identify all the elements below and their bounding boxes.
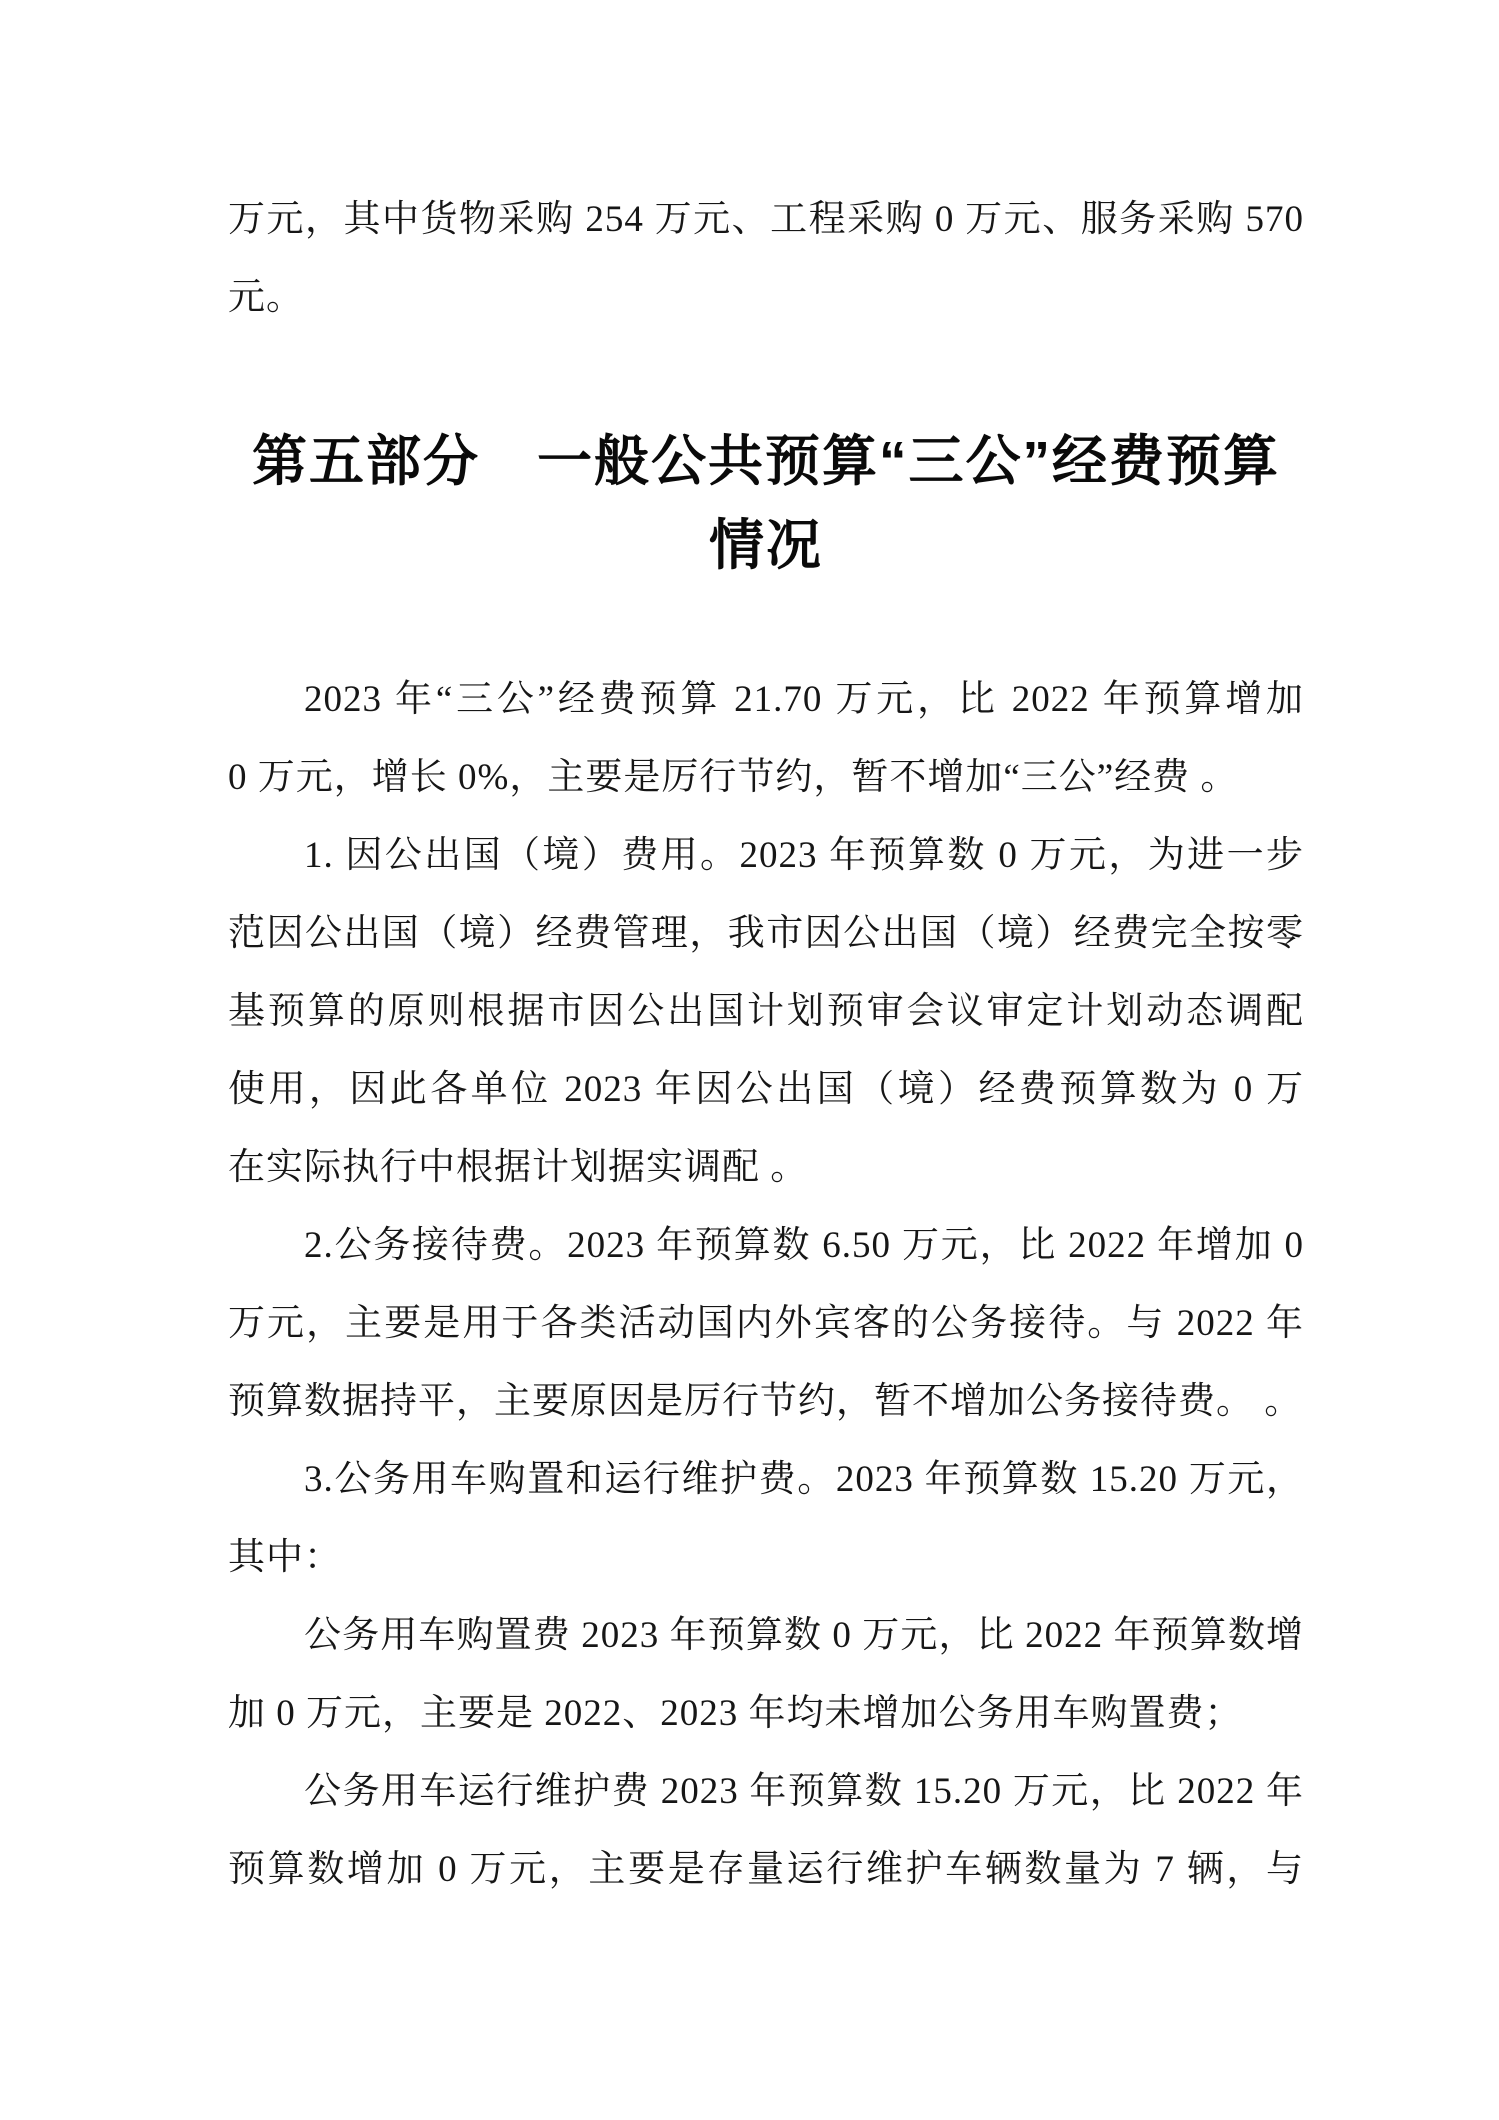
section-heading: 第五部分 一般公共预算“三公”经费预算 情况 <box>228 419 1304 587</box>
vehicle-purchase-line-2: 加 0 万元，主要是 2022、2023 年均未增加公务用车购置费； <box>228 1675 1304 1753</box>
reception-line-2: 万元，主要是用于各类活动国内外宾客的公务接待。与 2022 年 <box>228 1285 1304 1363</box>
vehicle-intro-line-1: 3.公务用车购置和运行维护费。2023 年预算数 15.20 万元， <box>228 1441 1304 1519</box>
reception-line-3: 预算数据持平，主要原因是厉行节约，暂不增加公务接待费。 。 <box>228 1363 1304 1441</box>
document-page: 万元，其中货物采购 254 万元、工程采购 0 万元、服务采购 570 万 元。… <box>0 0 1499 2120</box>
vehicle-purchase-line-1: 公务用车购置费 2023 年预算数 0 万元，比 2022 年预算数增 <box>228 1597 1304 1675</box>
vehicle-maintenance-line-1: 公务用车运行维护费 2023 年预算数 15.20 万元，比 2022 年 <box>228 1753 1304 1831</box>
vehicle-maintenance-line-2: 预算数增加 0 万元，主要是存量运行维护车辆数量为 7 辆，与 2022 <box>228 1831 1304 1909</box>
summary-line-1: 2023 年“三公”经费预算 21.70 万元，比 2022 年预算增加 <box>228 661 1304 739</box>
body-line-continuation-1: 万元，其中货物采购 254 万元、工程采购 0 万元、服务采购 570 万 <box>228 181 1304 259</box>
abroad-line-5: 在实际执行中根据计划据实调配 。 <box>228 1129 1304 1207</box>
vehicle-intro-line-2: 其中： <box>228 1519 1304 1597</box>
abroad-line-1: 1. 因公出国（境）费用。2023 年预算数 0 万元，为进一步规 <box>228 817 1304 895</box>
summary-line-2: 0 万元，增长 0%，主要是厉行节约，暂不增加“三公”经费 。 <box>228 739 1304 817</box>
abroad-line-4: 使用，因此各单位 2023 年因公出国（境）经费预算数为 0 万元， <box>228 1051 1304 1129</box>
reception-line-1: 2.公务接待费。2023 年预算数 6.50 万元，比 2022 年增加 0 <box>228 1207 1304 1285</box>
abroad-line-3: 基预算的原则根据市因公出国计划预审会议审定计划动态调配 <box>228 973 1304 1051</box>
page-content: 万元，其中货物采购 254 万元、工程采购 0 万元、服务采购 570 万 元。… <box>228 181 1304 1909</box>
abroad-line-2: 范因公出国（境）经费管理，我市因公出国（境）经费完全按零 <box>228 895 1304 973</box>
section-heading-line-1: 第五部分 一般公共预算“三公”经费预算 <box>228 419 1304 503</box>
body-line-continuation-2: 元。 <box>228 259 1304 337</box>
section-heading-line-2: 情况 <box>228 503 1304 587</box>
